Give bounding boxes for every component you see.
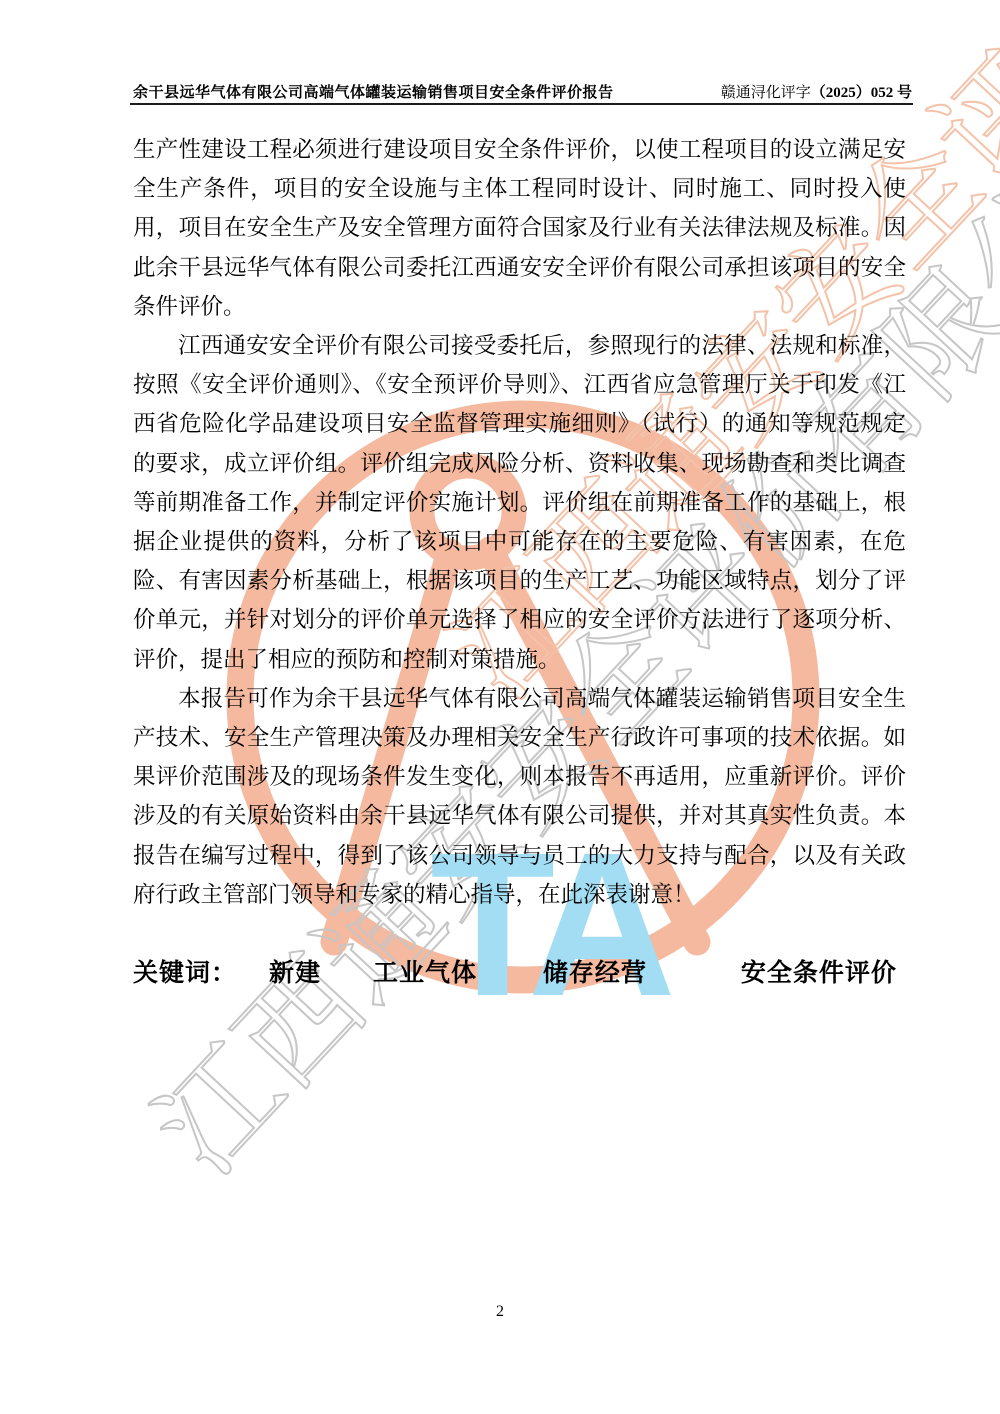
page-number: 2 (0, 1303, 1000, 1321)
page-content: 余干县远华气体有限公司高端气体罐装运输销售项目安全条件评价报告 赣通浔化评字（2… (0, 0, 1000, 1414)
header-code-number: （2025）052 号 (811, 85, 912, 101)
paragraph-report-usage: 本报告可作为余干县远华气体有限公司高端气体罐装运输销售项目安全生产技术、安全生产… (133, 679, 906, 914)
keyword-item: 新建 (269, 959, 321, 987)
report-page: 江西通安安全评价有限公司 江西通安安全评价有限公司 TA 余干县远华气体有限公司… (0, 0, 1000, 1414)
keywords-label: 关键词： (133, 959, 237, 987)
header-report-title: 余干县远华气体有限公司高端气体罐装运输销售项目安全条件评价报告 (133, 81, 614, 102)
keyword-item: 储存经营 (543, 959, 647, 987)
keyword-item: 安全条件评价 (741, 959, 897, 987)
header-divider (130, 103, 913, 105)
report-body: 生产性建设工程必须进行建设项目安全条件评价，以使工程项目的设立满足安全生产条件，… (133, 130, 906, 993)
page-header: 余干县远华气体有限公司高端气体罐装运输销售项目安全条件评价报告 赣通浔化评字（2… (133, 81, 912, 102)
keyword-item: 工业气体 (373, 959, 477, 987)
header-document-code: 赣通浔化评字（2025）052 号 (721, 81, 912, 102)
paragraph-continuation: 生产性建设工程必须进行建设项目安全条件评价，以使工程项目的设立满足安全生产条件，… (133, 130, 906, 326)
paragraph-evaluation-process: 江西通安安全评价有限公司接受委托后，参照现行的法律、法规和标准，按照《安全评价通… (133, 326, 906, 679)
header-code-prefix: 赣通浔化评字 (721, 85, 811, 101)
keywords-row: 关键词： 新建 工业气体 储存经营 安全条件评价 (133, 954, 906, 993)
